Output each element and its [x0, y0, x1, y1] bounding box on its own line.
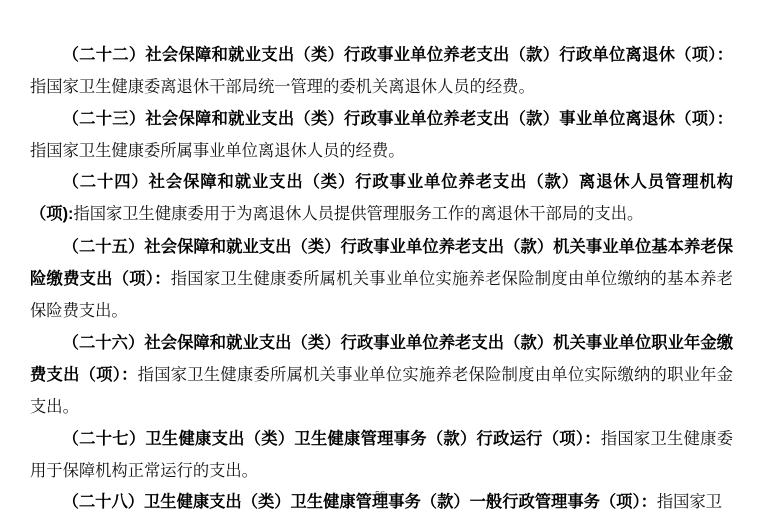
paragraph-body: 指国家卫生健康委用于为离退休人员提供管理服务工作的离退休干部局的支出。: [73, 204, 643, 223]
paragraph-heading: （二十七）卫生健康支出（类）卫生健康管理事务（款）行政运行（项）：: [63, 430, 601, 448]
document-body-text: （二十二）社会保障和就业支出（类）行政事业单位养老支出（款）行政单位离退休（项）…: [30, 0, 733, 518]
paragraph: （二十四）社会保障和就业支出（类）行政事业单位养老支出（款）离退休人员管理机构（…: [30, 166, 733, 231]
paragraph: （二十三）社会保障和就业支出（类）行政事业单位养老支出（款）事业单位离退休（项）…: [30, 103, 733, 167]
paragraph: （二十二）社会保障和就业支出（类）行政事业单位养老支出（款）行政单位离退休（项）…: [30, 39, 733, 103]
paragraph-body: 指国家卫生健康委离退休干部局统一管理的委机关离退休人员的经费。: [30, 77, 535, 96]
page-number: 56: [0, 490, 760, 501]
paragraph-heading: （二十二）社会保障和就业支出（类）行政事业单位养老支出（款）行政单位离退休（项）…: [63, 46, 733, 64]
paragraph: （二十五）社会保障和就业支出（类）行政事业单位养老支出（款）机关事业单位基本养老…: [30, 231, 733, 327]
paragraph-heading: （二十三）社会保障和就业支出（类）行政事业单位养老支出（款）事业单位离退休（项）…: [63, 110, 733, 128]
paragraph-body: 指国家卫生健康委所属事业单位离退休人员的经费。: [30, 141, 404, 160]
paragraph: （二十六）社会保障和就业支出（类）行政事业单位养老支出（款）机关事业单位职业年金…: [30, 327, 733, 423]
paragraph: （二十七）卫生健康支出（类）卫生健康管理事务（款）行政运行（项）：指国家卫生健康…: [30, 423, 733, 487]
document-page: （二十二）社会保障和就业支出（类）行政事业单位养老支出（款）行政单位离退休（项）…: [0, 0, 760, 525]
